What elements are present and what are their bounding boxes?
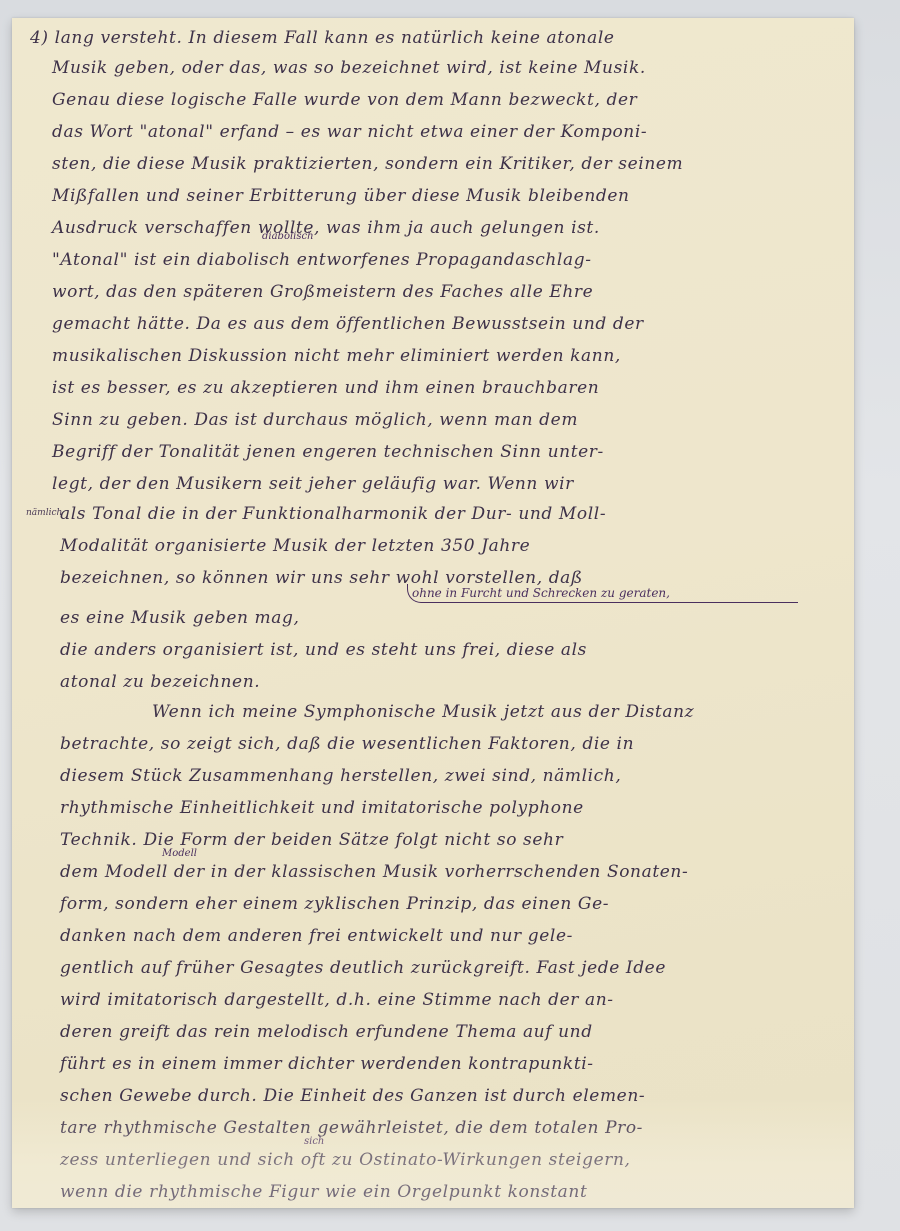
manuscript-line: dem Modell der in der klassischen Musik … xyxy=(60,862,688,882)
manuscript-line: diesem Stück Zusammenhang herstellen, zw… xyxy=(60,766,621,786)
manuscript-line: das Wort "atonal" erfand – es war nicht … xyxy=(52,122,647,142)
manuscript-line: ist es besser, es zu akzeptieren und ihm… xyxy=(52,378,599,398)
manuscript-line: Technik. Die Form der beiden Sätze folgt… xyxy=(60,830,563,850)
manuscript-line: legt, der den Musikern seit jeher geläuf… xyxy=(52,474,574,494)
manuscript-line: Mißfallen und seiner Erbitterung über di… xyxy=(52,186,630,206)
manuscript-line: es eine Musik geben mag, xyxy=(60,608,300,628)
manuscript-line: Musik geben, oder das, was so bezeichnet… xyxy=(52,58,646,78)
manuscript-line: rhythmische Einheitlichkeit und imitator… xyxy=(60,798,584,818)
manuscript-line: gentlich auf früher Gesagtes deutlich zu… xyxy=(60,958,666,978)
manuscript-line: "Atonal" ist ein diabolisch entworfenes … xyxy=(52,250,592,270)
insertion-loop-mark xyxy=(407,584,798,603)
manuscript-line: Genau diese logische Falle wurde von dem… xyxy=(52,90,637,110)
manuscript-line: führt es in einem immer dichter werdende… xyxy=(60,1054,594,1074)
manuscript-line: danken nach dem anderen frei entwickelt … xyxy=(60,926,573,946)
manuscript-page: 4) lang versteht. In diesem Fall kann es… xyxy=(12,18,854,1208)
manuscript-line: tare rhythmische Gestalten gewährleistet… xyxy=(60,1118,643,1138)
manuscript-line: Modalität organisierte Musik der letzten… xyxy=(60,536,530,556)
manuscript-line: atonal zu bezeichnen. xyxy=(60,672,260,692)
manuscript-line: als Tonal die in der Funktionalharmonik … xyxy=(60,504,606,524)
margin-note: nämlich xyxy=(26,508,62,518)
manuscript-line: Ausdruck verschaffen wollte, was ihm ja … xyxy=(52,218,600,238)
manuscript-line: gemacht hätte. Da es aus dem öffentliche… xyxy=(52,314,644,334)
manuscript-line: betrachte, so zeigt sich, daß die wesent… xyxy=(60,734,634,754)
manuscript-line: wenn die rhythmische Figur wie ein Orgel… xyxy=(60,1182,587,1202)
manuscript-line: zess unterliegen und sich oft zu Ostinat… xyxy=(60,1150,631,1170)
manuscript-line: wird imitatorisch dargestellt, d.h. eine… xyxy=(60,990,614,1010)
paragraph-start-line: Wenn ich meine Symphonische Musik jetzt … xyxy=(152,702,694,722)
manuscript-line: form, sondern eher einem zyklischen Prin… xyxy=(60,894,609,914)
interlinear-insert: sich xyxy=(304,1136,324,1147)
manuscript-line: sten, die diese Musik praktizierten, son… xyxy=(52,154,683,174)
interlinear-insert: Modell xyxy=(162,848,197,859)
manuscript-line: die anders organisiert ist, und es steht… xyxy=(60,640,587,660)
manuscript-line: Begriff der Tonalität jenen engeren tech… xyxy=(52,442,604,462)
manuscript-line: Sinn zu geben. Das ist durchaus möglich,… xyxy=(52,410,578,430)
manuscript-line: wort, das den späteren Großmeistern des … xyxy=(52,282,593,302)
manuscript-line: deren greift das rein melodisch erfunden… xyxy=(60,1022,593,1042)
manuscript-line: musikalischen Diskussion nicht mehr elim… xyxy=(52,346,621,366)
interlinear-insert: diabolisch xyxy=(262,231,314,242)
manuscript-line: 4) lang versteht. In diesem Fall kann es… xyxy=(30,28,615,48)
manuscript-line: schen Gewebe durch. Die Einheit des Ganz… xyxy=(60,1086,645,1106)
